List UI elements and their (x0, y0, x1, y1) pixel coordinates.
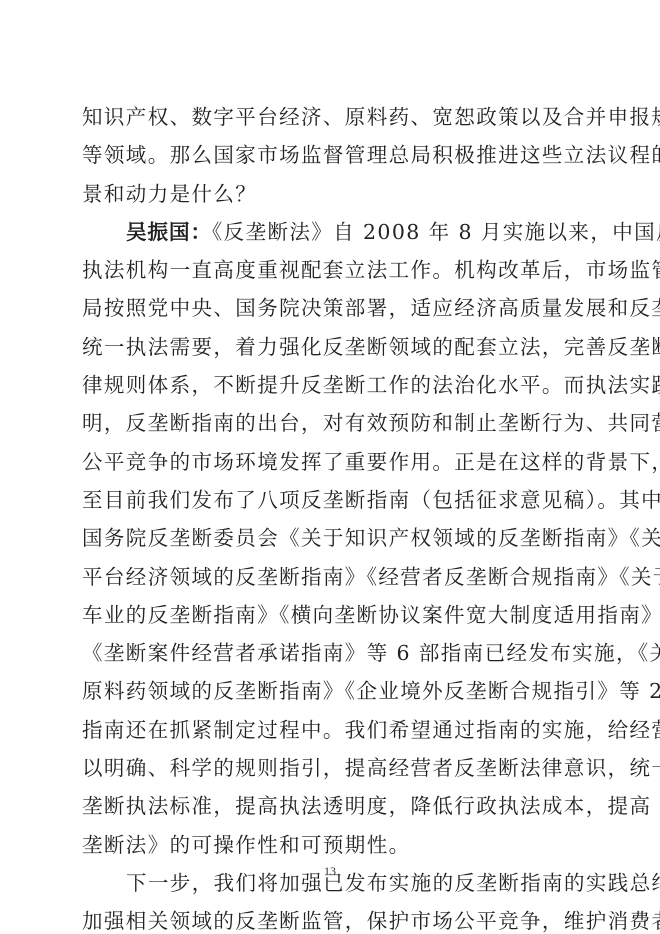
answer-line: 指南还在抓紧制定过程中。我们希望通过指南的实施，给经营者 (82, 711, 582, 749)
question-line-3: 景和动力是什么？ (82, 175, 582, 213)
answer-line: 执法机构一直高度重视配套立法工作。机构改革后，市场监管总 (82, 251, 582, 289)
answer-line: 律规则体系，不断提升反垄断工作的法治化水平。而执法实践表 (82, 366, 582, 404)
answer-line: 以明确、科学的规则指引，提高经营者反垄断法律意识，统一反 (82, 749, 582, 787)
answer-line: 公平竞争的市场环境发挥了重要作用。正是在这样的背景下，截 (82, 443, 582, 481)
answer-line: 统一执法需要，着力强化反垄断领域的配套立法，完善反垄断法 (82, 328, 582, 366)
answer-line: 明，反垄断指南的出台，对有效预防和制止垄断行为、共同营造 (82, 404, 582, 442)
answer-line: 局按照党中央、国务院决策部署，适应经济高质量发展和反垄断 (82, 289, 582, 327)
question-line-1: 知识产权、数字平台经济、原料药、宽恕政策以及合并申报规则 (82, 98, 582, 136)
answer-line: 车业的反垄断指南》《横向垄断协议案件宽大制度适用指南》和 (82, 596, 582, 634)
page-number: 13 (0, 864, 660, 879)
answer-line-1-text: 《反垄断法》自 2008 年 8 月实施以来，中国反垄断 (212, 220, 660, 244)
answer-line: 国务院反垄断委员会《关于知识产权领域的反垄断指南》《关于 (82, 519, 582, 557)
answer-line: 至目前我们发布了八项反垄断指南（包括征求意见稿）。其中， (82, 481, 582, 519)
answer-line: 垄断执法标准，提高执法透明度，降低行政执法成本，提高《反 (82, 787, 582, 825)
next-paragraph-line-2: 加强相关领域的反垄断监管，保护市场公平竞争，维护消费者利 (82, 902, 582, 934)
body-text: 知识产权、数字平台经济、原料药、宽恕政策以及合并申报规则 等领域。那么国家市场监… (82, 98, 582, 934)
answer-line: 原料药领域的反垄断指南》《企业境外反垄断合规指引》等 2 部 (82, 672, 582, 710)
answer-last-line: 垄断法》的可操作性和可预期性。 (82, 826, 582, 864)
answer-line: 平台经济领域的反垄断指南》《经营者反垄断合规指南》《关于汽 (82, 558, 582, 596)
question-line-2: 等领域。那么国家市场监督管理总局积极推进这些立法议程的背 (82, 136, 582, 174)
document-page: 知识产权、数字平台经济、原料药、宽恕政策以及合并申报规则 等领域。那么国家市场监… (0, 0, 660, 934)
speaker-name: 吴振国： (126, 220, 212, 244)
answer-line: 《垄断案件经营者承诺指南》等 6 部指南已经发布实施，《关于 (82, 634, 582, 672)
answer-line-1: 吴振国：《反垄断法》自 2008 年 8 月实施以来，中国反垄断 (82, 213, 582, 251)
